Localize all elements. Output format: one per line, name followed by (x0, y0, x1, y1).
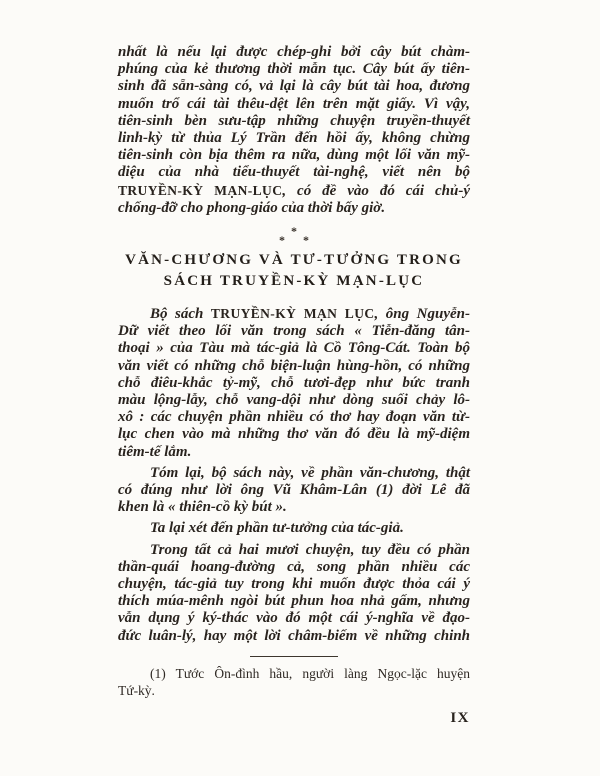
paragraph-1: nhất là nếu lại được chép-ghi bởi cây bú… (118, 44, 470, 217)
text-line: tiêm-tế lắm. (118, 444, 470, 461)
text-line: sinh đã sẵn-sàng có, vả lại là cây bút t… (118, 78, 470, 95)
text-line: thoại » của Tàu mà tác-giả là Cồ Tông-Cá… (118, 340, 470, 357)
asterisk-icon: * (279, 236, 285, 245)
paragraph-5: Trong tất cả hai mươi chuyện, tuy đều có… (118, 542, 470, 645)
text-segment: , ông Nguyễn- (375, 306, 470, 322)
text-segment: nhất là nếu lại được chép-ghi bởi cây bú… (118, 44, 470, 60)
text-line: nhất là nếu lại được chép-ghi bởi cây bú… (118, 44, 470, 61)
text-segment: chỗ điêu-khắc tỷ-mỹ, chỗ tươi-đẹp như bứ… (118, 375, 470, 391)
text-line: vẫn dụng ý ký-thác vào đó một cái ý-nghĩ… (118, 610, 470, 627)
footnote: (1) Tước Ôn-đình hầu, người làng Ngọc-lặ… (118, 665, 470, 699)
text-segment: phúng của kẻ thương thời mẫn tục. Cây bú… (118, 61, 470, 77)
text-line: khen là « thiên-cồ kỳ bút ». (118, 499, 470, 516)
text-line: Dữ viết theo lối văn trong sách « Tiễn-đ… (118, 323, 470, 340)
text-line: văn viết có những chỗ biện-luận hùng-hồn… (118, 358, 470, 375)
text-line: linh-kỳ từ thủa Lý Trần đến hồi ấy, khôn… (118, 130, 470, 147)
text-segment: linh-kỳ từ thủa Lý Trần đến hồi ấy, khôn… (118, 130, 470, 146)
text-line: thích múa-mênh ngòi bút phun hoa nhả gấm… (118, 593, 470, 610)
text-segment: đức luân-lý, hay một lời châm-biếm về nh… (118, 628, 470, 644)
paragraph-4: Ta lại xét đến phần tư-tưởng của tác-giả… (118, 520, 470, 537)
section-heading: VĂN-CHƯƠNG VÀ TƯ-TƯỞNG TRONG SÁCH TRUYỀN… (118, 250, 470, 292)
text-segment: có đúng như lời ông Vũ Khâm-Lân (1) đời … (118, 482, 470, 498)
text-segment: diệu của nhà tiểu-thuyết tài-nghệ, viết … (118, 164, 470, 180)
book-title-caps: TRUYỀN-KỲ MẠN-LỤC (118, 183, 282, 198)
asterisk-row: * * (118, 235, 470, 245)
text-block: nhất là nếu lại được chép-ghi bởi cây bú… (118, 44, 470, 727)
text-segment: màu lộng-lẫy, chỗ vang-dội như dòng suối… (118, 392, 470, 408)
text-segment: chuyện, tác-giả tuy trong khi muốn được … (118, 576, 470, 592)
text-line: chỗ điêu-khắc tỷ-mỹ, chỗ tươi-đẹp như bứ… (118, 375, 470, 392)
book-page: nhất là nếu lại được chép-ghi bởi cây bú… (0, 0, 600, 776)
text-segment: xô : các chuyện phần nhiều có thơ hay đo… (118, 409, 470, 425)
text-segment: (1) Tước Ôn-đình hầu, người làng Ngọc-lặ… (150, 666, 470, 681)
text-segment: vẫn dụng ý ký-thác vào đó một cái ý-nghĩ… (118, 610, 470, 626)
text-line: tiên-sinh bèn sưu-tập những chuyện truyề… (118, 113, 470, 130)
text-segment: khen là « thiên-cồ kỳ bút ». (118, 499, 287, 515)
text-line: Tứ-kỳ. (118, 682, 470, 699)
text-line: Bộ sách TRUYỀN-KỲ MẠN LỤC, ông Nguyễn- (118, 305, 470, 323)
text-line: Tóm lại, bộ sách này, về phần văn-chương… (118, 465, 470, 482)
text-segment: sinh đã sẵn-sàng có, vả lại là cây bút t… (118, 78, 470, 94)
text-line: đức luân-lý, hay một lời châm-biếm về nh… (118, 628, 470, 645)
section-heading-line-2: SÁCH TRUYỀN-KỲ MẠN-LỤC (118, 271, 470, 292)
text-line: Trong tất cả hai mươi chuyện, tuy đều có… (118, 542, 470, 559)
asterism-separator: * * * (118, 228, 470, 245)
text-segment: tiêm-tế lắm. (118, 444, 191, 460)
paragraph-2: Bộ sách TRUYỀN-KỲ MẠN LỤC, ông Nguyễn-Dữ… (118, 305, 470, 461)
footnote-rule (250, 656, 338, 657)
text-segment: Tóm lại, bộ sách này, về phần văn-chương… (150, 465, 470, 481)
text-segment: Trong tất cả hai mươi chuyện, tuy đều có… (150, 542, 470, 558)
text-line: xô : các chuyện phần nhiều có thơ hay đo… (118, 409, 470, 426)
text-segment: thần-quái hoang-đường cả, song phần nhiề… (118, 559, 470, 575)
text-line: tiên-sinh còn bịa thêm ra nữa, dùng một … (118, 147, 470, 164)
text-line: chống-đỡ cho phong-giáo của thời bấy giờ… (118, 200, 470, 217)
text-segment: tiên-sinh còn bịa thêm ra nữa, dùng một … (118, 147, 470, 163)
text-segment: tiên-sinh bèn sưu-tập những chuyện truyề… (118, 113, 470, 129)
text-line: Ta lại xét đến phần tư-tưởng của tác-giả… (118, 520, 470, 537)
text-segment: Bộ sách (150, 306, 211, 322)
text-segment: thoại » của Tàu mà tác-giả là Cồ Tông-Cá… (118, 340, 470, 356)
text-line: chuyện, tác-giả tuy trong khi muốn được … (118, 576, 470, 593)
text-line: muốn trổ cái tài thêu-dệt lên trên mặt g… (118, 96, 470, 113)
text-line: (1) Tước Ôn-đình hầu, người làng Ngọc-lặ… (118, 665, 470, 682)
paragraph-3: Tóm lại, bộ sách này, về phần văn-chương… (118, 465, 470, 517)
text-segment: chống-đỡ cho phong-giáo của thời bấy giờ… (118, 200, 385, 216)
text-line: TRUYỀN-KỲ MẠN-LỤC, có đề vào đó cái chủ-… (118, 182, 470, 200)
text-segment: lục chen vào mà những thơ văn đó đều là … (118, 426, 470, 442)
text-segment: văn viết có những chỗ biện-luận hùng-hồn… (118, 358, 470, 374)
text-segment: Dữ viết theo lối văn trong sách « Tiễn-đ… (118, 323, 470, 339)
text-line: màu lộng-lẫy, chỗ vang-dội như dòng suối… (118, 392, 470, 409)
text-segment: Tứ-kỳ. (118, 683, 155, 698)
text-line: phúng của kẻ thương thời mẫn tục. Cây bú… (118, 61, 470, 78)
text-segment: , có đề vào đó cái chủ-ý (282, 183, 470, 199)
page-number: IX (118, 710, 470, 727)
text-segment: muốn trổ cái tài thêu-dệt lên trên mặt g… (118, 96, 470, 112)
text-line: lục chen vào mà những thơ văn đó đều là … (118, 426, 470, 443)
text-line: diệu của nhà tiểu-thuyết tài-nghệ, viết … (118, 164, 470, 181)
text-line: có đúng như lời ông Vũ Khâm-Lân (1) đời … (118, 482, 470, 499)
text-segment: Ta lại xét đến phần tư-tưởng của tác-giả… (150, 520, 404, 536)
asterisk-icon: * (303, 236, 309, 245)
section-heading-line-1: VĂN-CHƯƠNG VÀ TƯ-TƯỞNG TRONG (118, 250, 470, 271)
text-segment: thích múa-mênh ngòi bút phun hoa nhả gấm… (118, 593, 470, 609)
book-title-caps: TRUYỀN-KỲ MẠN LỤC (211, 306, 375, 321)
text-line: thần-quái hoang-đường cả, song phần nhiề… (118, 559, 470, 576)
